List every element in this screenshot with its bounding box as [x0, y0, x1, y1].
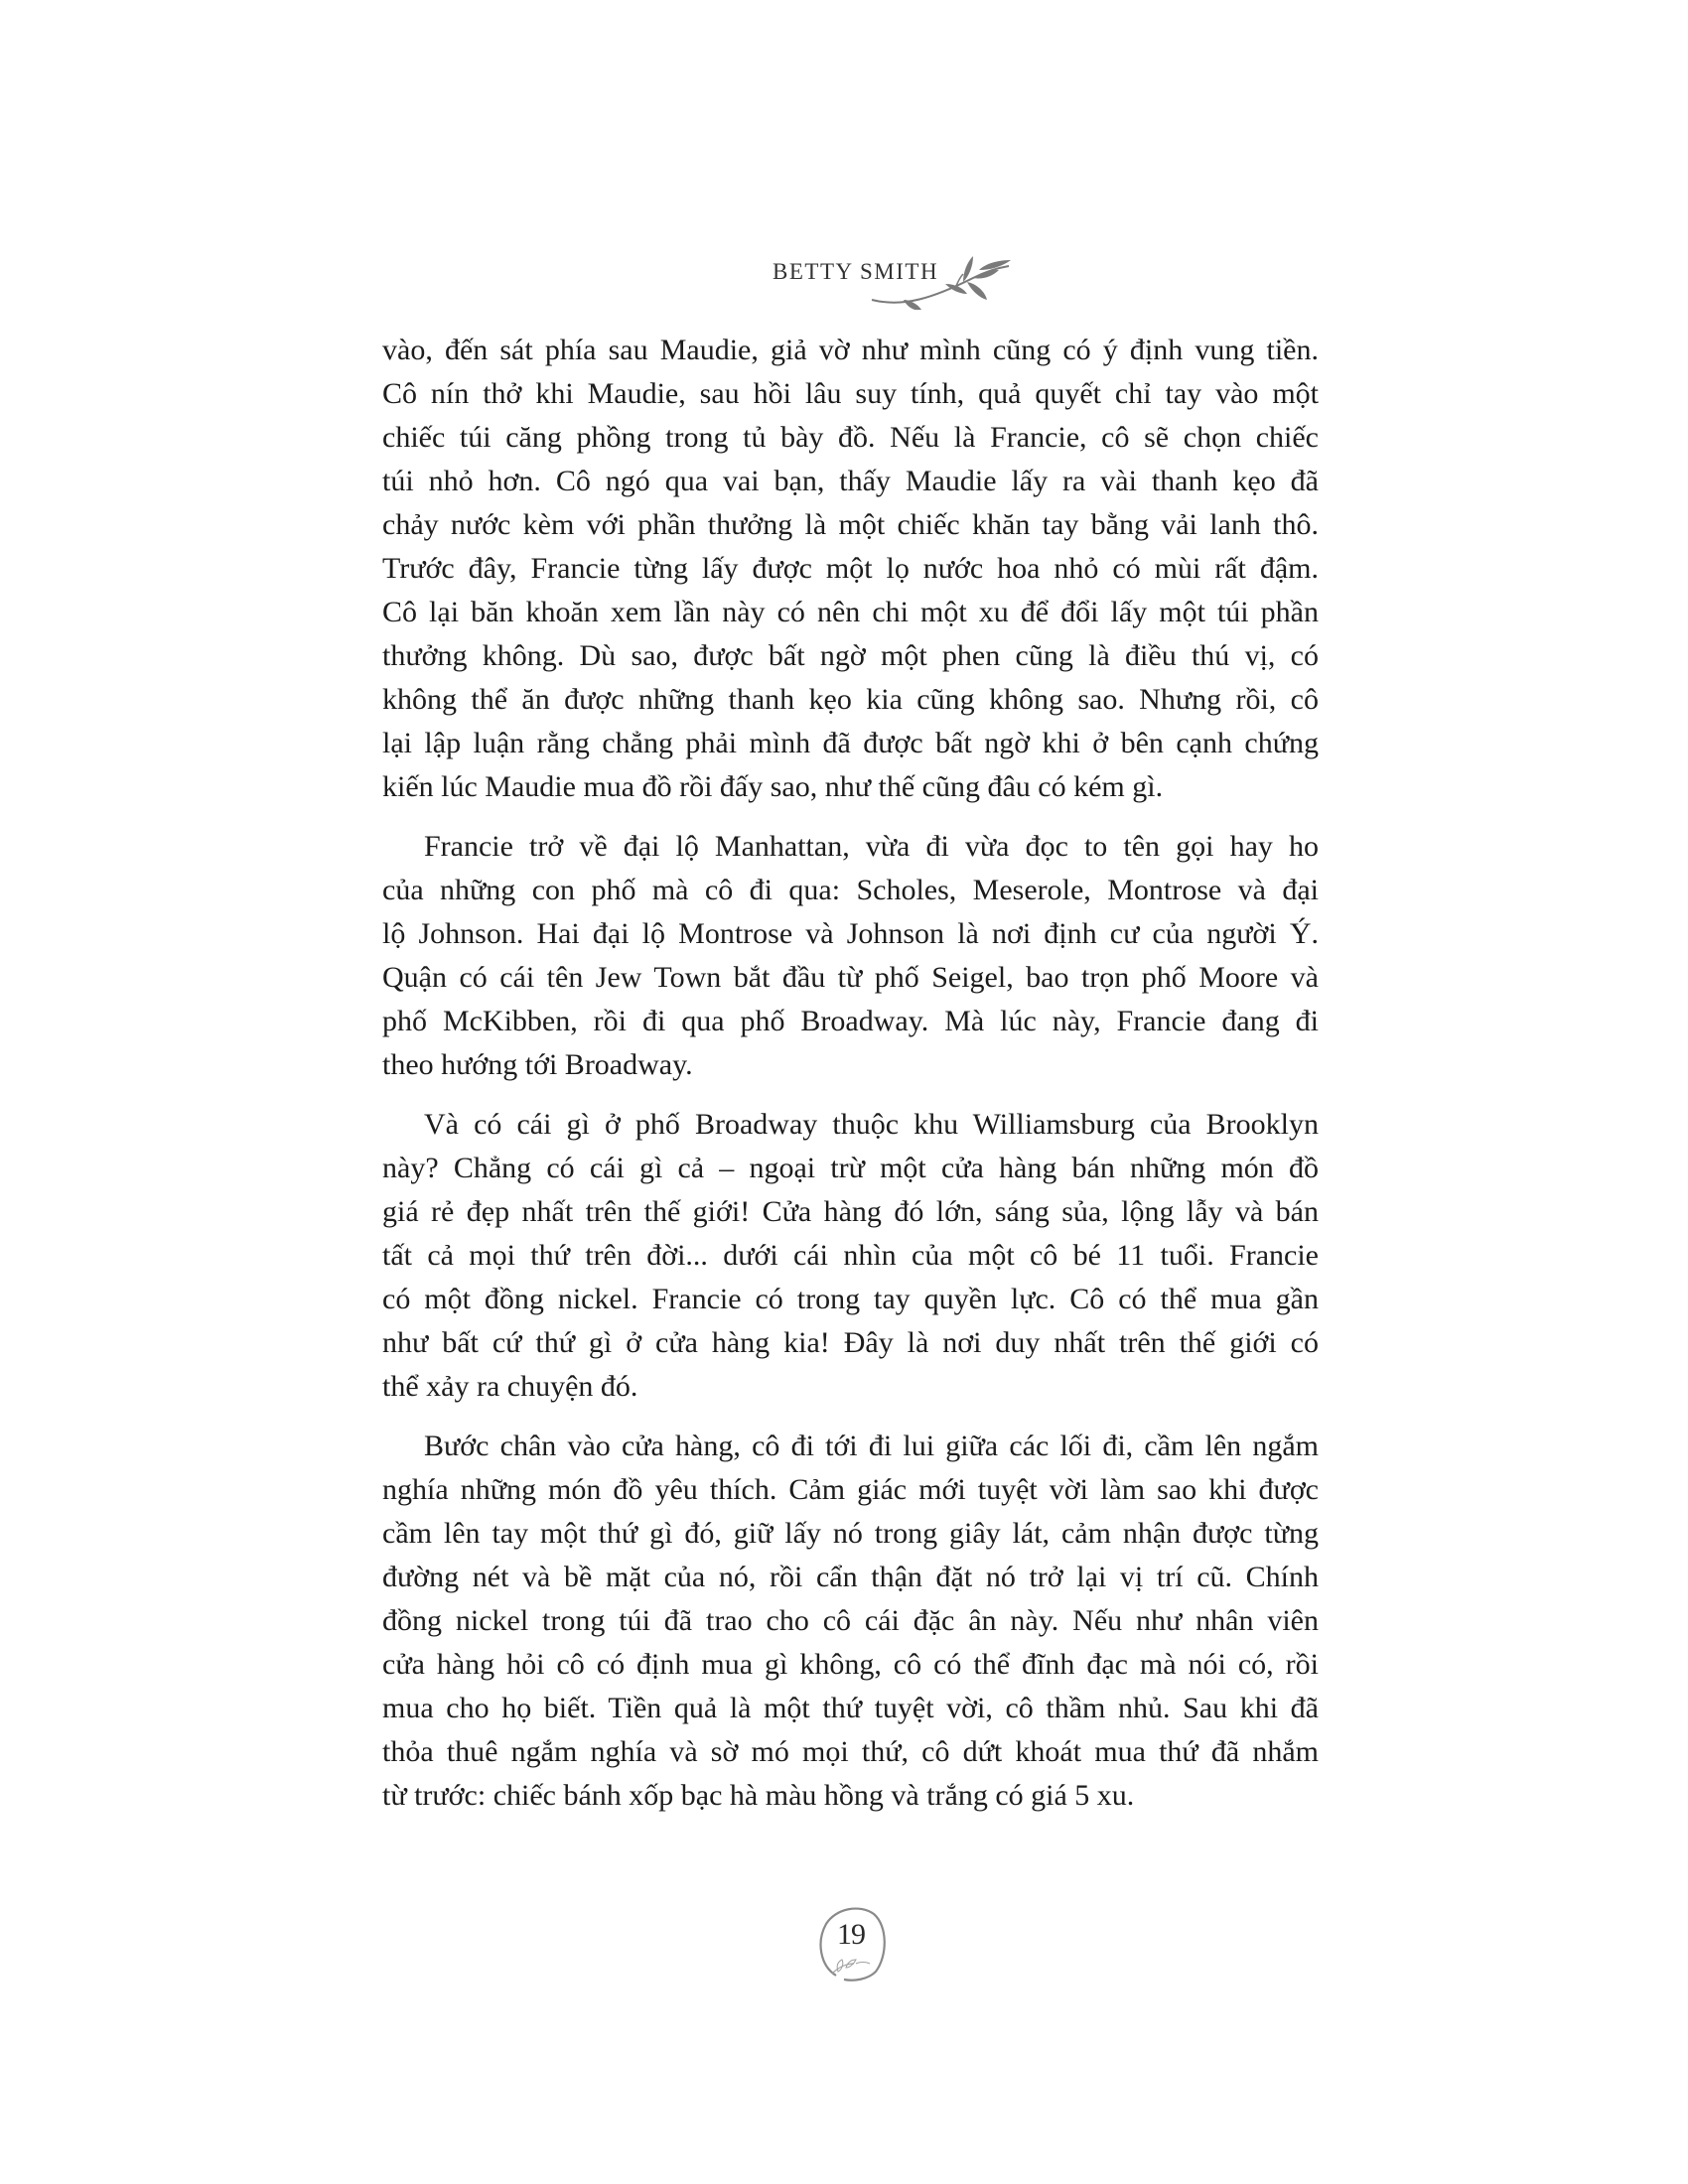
text-line: thưởng không. Dù sao, được bất ngờ một p… — [382, 634, 1319, 678]
text-line: cửa hàng hỏi cô có định mua gì không, cô… — [382, 1643, 1319, 1687]
page-number: 19 — [814, 1918, 888, 1952]
text-line: giá rẻ đẹp nhất trên thế giới! Cửa hàng … — [382, 1190, 1319, 1234]
text-line: phố McKibben, rồi đi qua phố Broadway. M… — [382, 1000, 1319, 1043]
text-line: lại lập luận rằng chẳng phải mình đã đượ… — [382, 722, 1319, 765]
text-line: đồng nickel trong túi đã trao cho cô cái… — [382, 1599, 1319, 1643]
paragraph-4: Bước chân vào cửa hàng, cô đi tới đi lui… — [382, 1425, 1319, 1818]
paragraph-2: Francie trở về đại lộ Manhattan, vừa đi … — [382, 825, 1319, 1087]
text-line: chảy nước kèm với phần thưởng là một chi… — [382, 503, 1319, 547]
book-page: BETTY SMITH vào, đến sát phía sau Maudie… — [0, 0, 1688, 2184]
text-line: không thể ăn được những thanh kẹo kia cũ… — [382, 678, 1319, 722]
text-line: Bước chân vào cửa hàng, cô đi tới đi lui… — [382, 1425, 1319, 1468]
text-line: Quận có cái tên Jew Town bắt đầu từ phố … — [382, 956, 1319, 1000]
leaf-branch-icon — [864, 248, 1013, 310]
text-line: vào, đến sát phía sau Maudie, giả vờ như… — [382, 329, 1319, 372]
text-line: nghía những món đồ yêu thích. Cảm giác m… — [382, 1468, 1319, 1512]
text-line: Và có cái gì ở phố Broadway thuộc khu Wi… — [382, 1103, 1319, 1147]
text-line: Cô lại băn khoăn xem lần này có nên chi … — [382, 591, 1319, 634]
text-line: Trước đây, Francie từng lấy được một lọ … — [382, 547, 1319, 591]
paragraph-1: vào, đến sát phía sau Maudie, giả vờ như… — [382, 329, 1319, 809]
text-line: Cô nín thở khi Maudie, sau hồi lâu suy t… — [382, 372, 1319, 416]
body-text: vào, đến sát phía sau Maudie, giả vờ như… — [382, 329, 1319, 1834]
paragraph-3: Và có cái gì ở phố Broadway thuộc khu Wi… — [382, 1103, 1319, 1409]
text-line: từ trước: chiếc bánh xốp bạc hà màu hồng… — [382, 1774, 1319, 1818]
text-line: lộ Johnson. Hai đại lộ Montrose và Johns… — [382, 912, 1319, 956]
text-line: của những con phố mà cô đi qua: Scholes,… — [382, 869, 1319, 912]
text-line: như bất cứ thứ gì ở cửa hàng kia! Đây là… — [382, 1321, 1319, 1365]
text-line: túi nhỏ hơn. Cô ngó qua vai bạn, thấy Ma… — [382, 460, 1319, 503]
text-line: mua cho họ biết. Tiền quả là một thứ tuy… — [382, 1687, 1319, 1730]
text-line: theo hướng tới Broadway. — [382, 1043, 1319, 1087]
text-line: có một đồng nickel. Francie có trong tay… — [382, 1278, 1319, 1321]
running-header: BETTY SMITH — [765, 248, 1023, 310]
text-line: đường nét và bề mặt của nó, rồi cẩn thận… — [382, 1556, 1319, 1599]
text-line: này? Chẳng có cái gì cả – ngoại trừ một … — [382, 1147, 1319, 1190]
text-line: chiếc túi căng phồng trong tủ bày đồ. Nế… — [382, 416, 1319, 460]
text-line: cầm lên tay một thứ gì đó, giữ lấy nó tr… — [382, 1512, 1319, 1556]
text-line: Francie trở về đại lộ Manhattan, vừa đi … — [382, 825, 1319, 869]
text-line: kiến lúc Maudie mua đồ rồi đấy sao, như … — [382, 765, 1319, 809]
text-line: thỏa thuê ngắm nghía và sờ mó mọi thứ, c… — [382, 1730, 1319, 1774]
text-line: thể xảy ra chuyện đó. — [382, 1365, 1319, 1409]
text-line: tất cả mọi thứ trên đời... dưới cái nhìn… — [382, 1234, 1319, 1278]
page-number-block: 19 — [814, 1902, 888, 1983]
